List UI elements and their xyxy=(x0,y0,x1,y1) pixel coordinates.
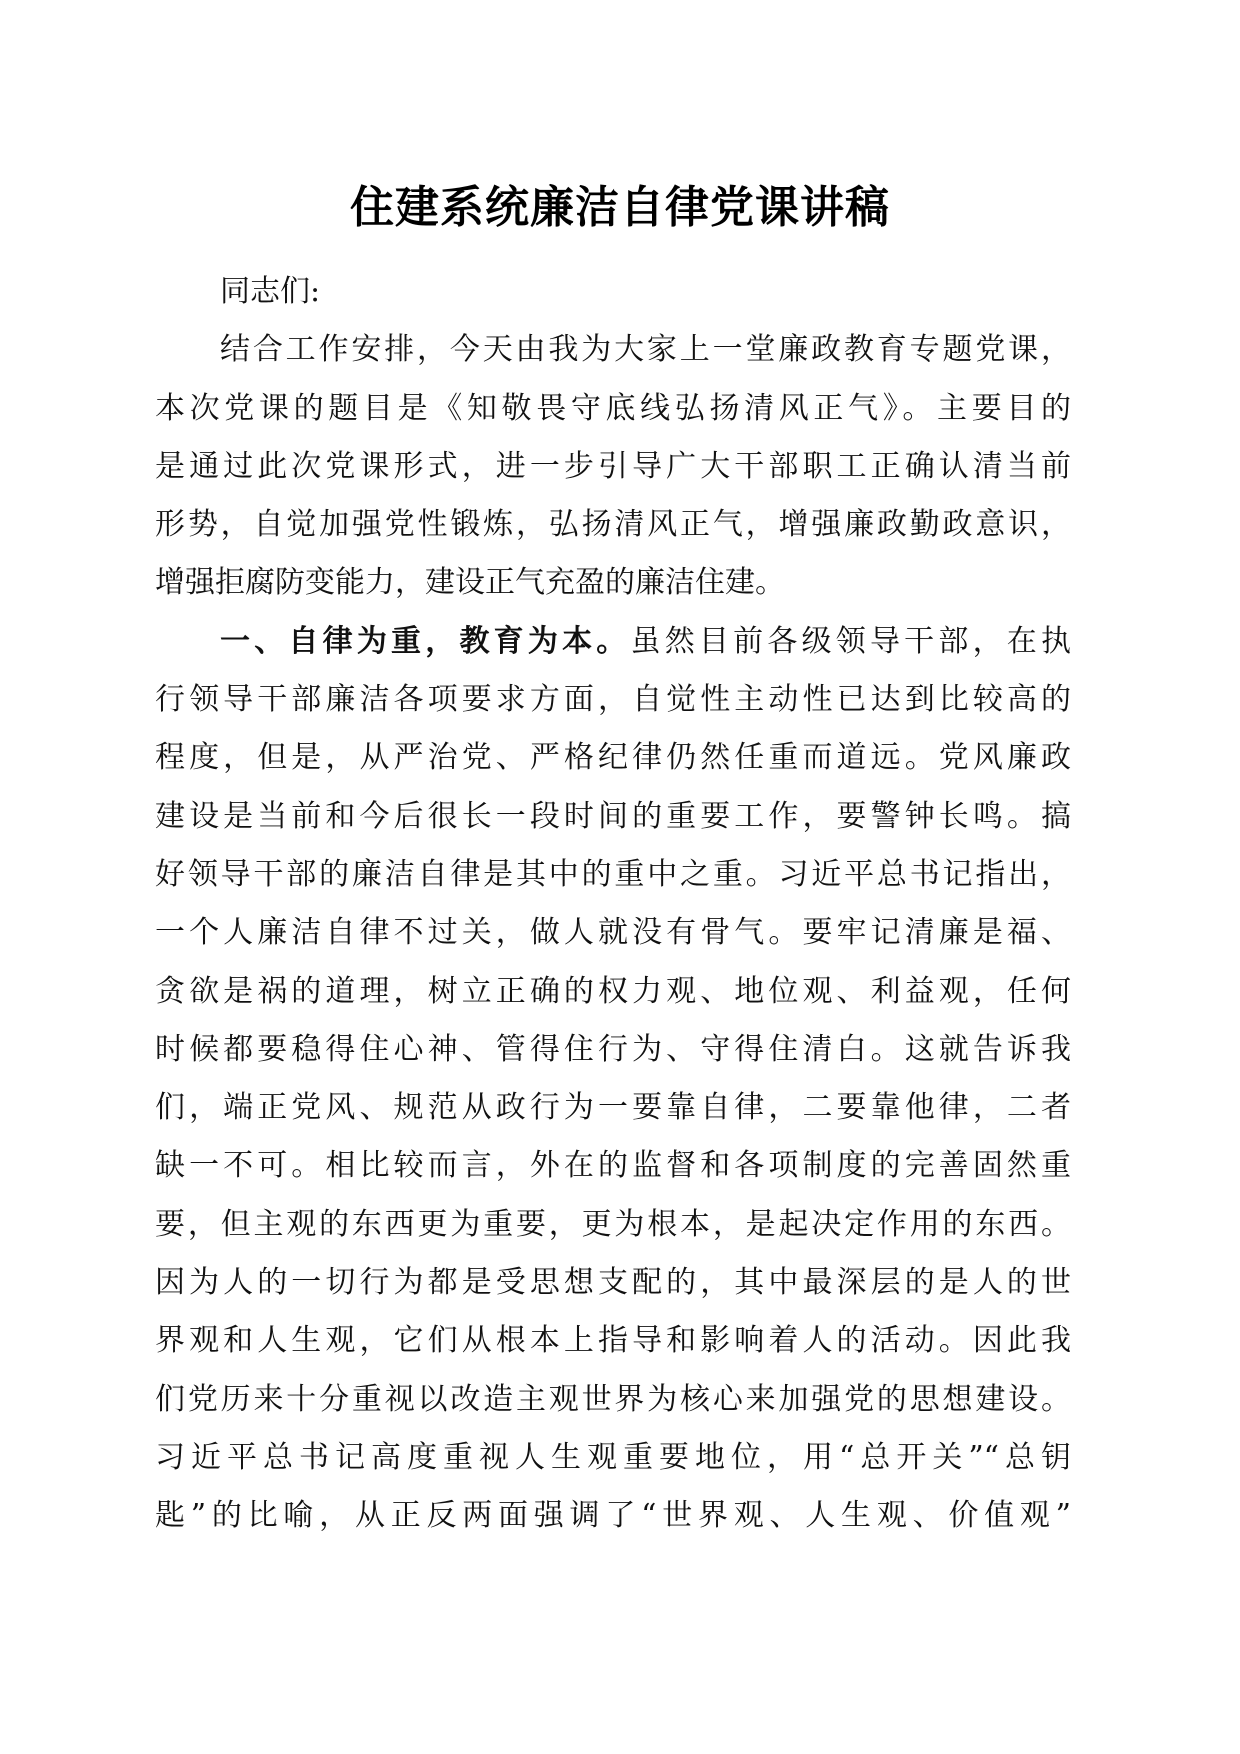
paragraph-line: 形势，自觉加强党性锻炼，弘扬清风正气，增强廉政勤政意识， xyxy=(155,503,1071,561)
paragraph-line: 习近平总书记高度重视人生观重要地位，用“总开关”“总钥 xyxy=(155,1436,1071,1494)
document-body: 同志们: 结合工作安排，今天由我为大家上一堂廉政教育专题党课， 本次党课的题目是… xyxy=(155,270,1071,1553)
paragraph-line: 程度，但是，从严治党、严格纪律仍然任重而道远。党风廉政 xyxy=(155,736,1071,794)
paragraph-line: 增强拒腐防变能力，建设正气充盈的廉洁住建。 xyxy=(155,561,1071,619)
paragraph-section-1: 一、自律为重，教育为本。虽然目前各级领导干部，在执 行领导干部廉洁各项要求方面，… xyxy=(155,620,1071,1553)
paragraph-line: 贪欲是祸的道理，树立正确的权力观、地位观、利益观，任何 xyxy=(155,970,1071,1028)
paragraph-line: 行领导干部廉洁各项要求方面，自觉性主动性已达到比较高的 xyxy=(155,678,1071,736)
paragraph-line: 结合工作安排，今天由我为大家上一堂廉政教育专题党课， xyxy=(155,328,1071,386)
paragraph-line: 们党历来十分重视以改造主观世界为核心来加强党的思想建设。 xyxy=(155,1378,1071,1436)
paragraph-line: 时候都要稳得住心神、管得住行为、守得住清白。这就告诉我 xyxy=(155,1028,1071,1086)
paragraph-line: 好领导干部的廉洁自律是其中的重中之重。习近平总书记指出， xyxy=(155,853,1071,911)
paragraph-line: 本次党课的题目是《知敬畏守底线弘扬清风正气》。主要目的 xyxy=(155,387,1071,445)
paragraph-line: 建设是当前和今后很长一段时间的重要工作，要警钟长鸣。搞 xyxy=(155,795,1071,853)
document-page: 住建系统廉洁自律党课讲稿 同志们: 结合工作安排，今天由我为大家上一堂廉政教育专… xyxy=(0,0,1240,1754)
paragraph-line: 要，但主观的东西更为重要，更为根本，是起决定作用的东西。 xyxy=(155,1203,1071,1261)
section-first-line: 一、自律为重，教育为本。虽然目前各级领导干部，在执 xyxy=(155,620,1071,678)
paragraph-line: 是通过此次党课形式，进一步引导广大干部职工正确认清当前 xyxy=(155,445,1071,503)
paragraph-line: 因为人的一切行为都是受思想支配的，其中最深层的是人的世 xyxy=(155,1261,1071,1319)
paragraph-line: 匙”的比喻，从正反两面强调了“世界观、人生观、价值观” xyxy=(155,1494,1071,1552)
section-first-line-text: 虽然目前各级领导干部，在执 xyxy=(631,624,1072,659)
paragraph-intro: 结合工作安排，今天由我为大家上一堂廉政教育专题党课， 本次党课的题目是《知敬畏守… xyxy=(155,328,1071,619)
paragraph-line: 界观和人生观，它们从根本上指导和影响着人的活动。因此我 xyxy=(155,1319,1071,1377)
paragraph-line: 们，端正党风、规范从政行为一要靠自律，二要靠他律，二者 xyxy=(155,1086,1071,1144)
document-title: 住建系统廉洁自律党课讲稿 xyxy=(0,180,1240,236)
paragraph-line: 一个人廉洁自律不过关，做人就没有骨气。要牢记清廉是福、 xyxy=(155,911,1071,969)
section-heading: 一、自律为重，教育为本。 xyxy=(220,624,631,659)
paragraph-line: 缺一不可。相比较而言，外在的监督和各项制度的完善固然重 xyxy=(155,1144,1071,1202)
salutation: 同志们: xyxy=(155,270,1071,328)
